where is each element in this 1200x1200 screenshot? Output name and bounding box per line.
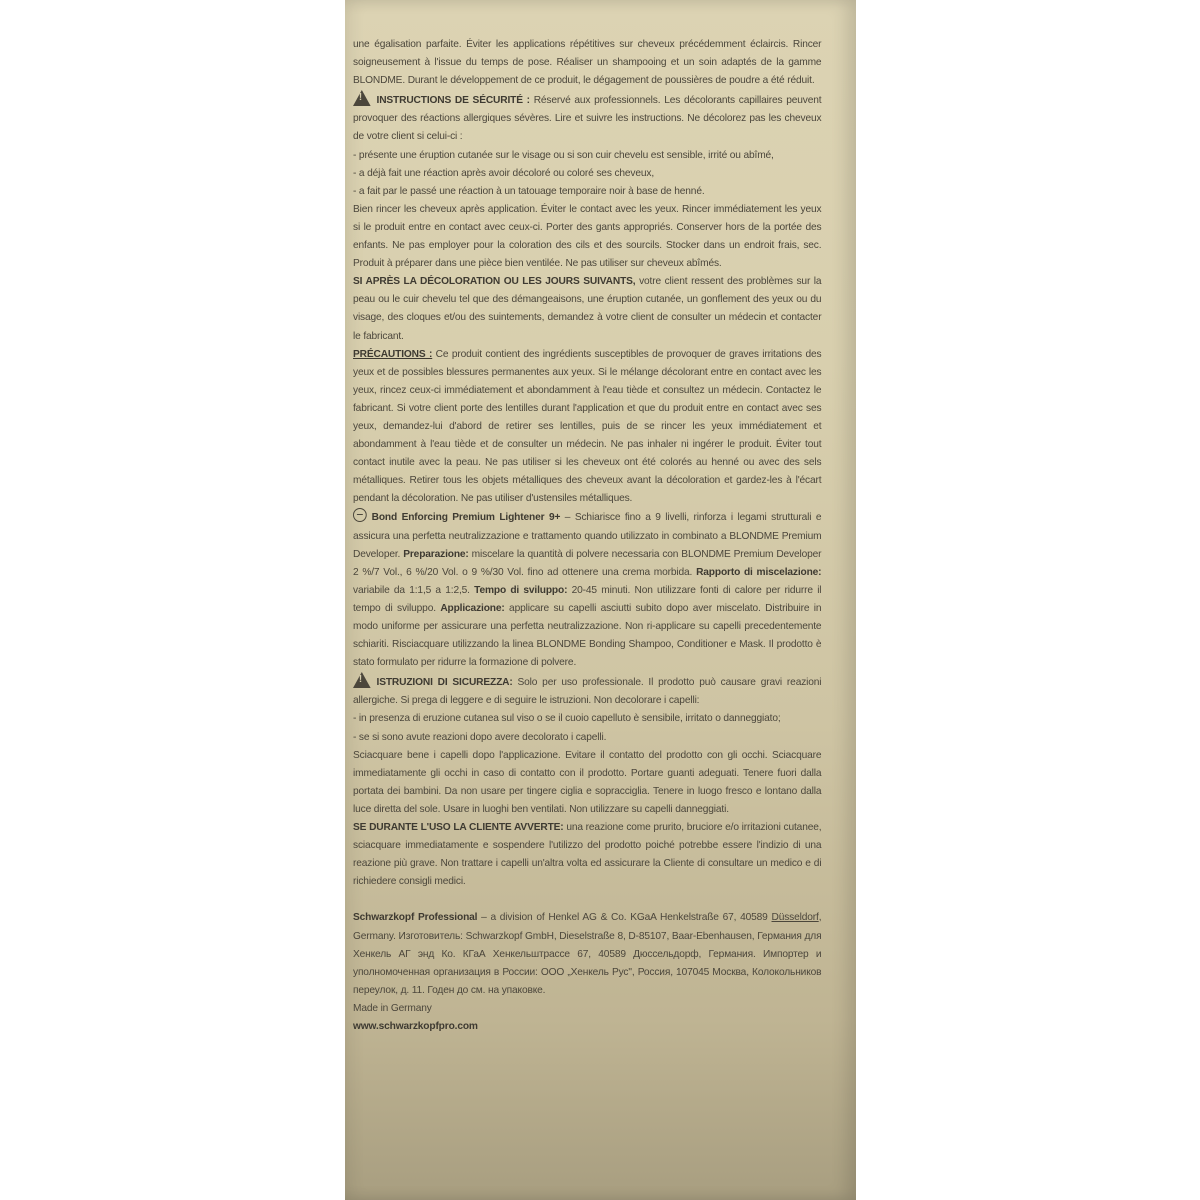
fr-after-heading: SI APRÈS LA DÉCOLORATION OU LES JOURS SU… — [353, 276, 635, 287]
it-safety: ISTRUZIONI DI SICUREZZA: Solo per uso pr… — [353, 672, 821, 710]
fr-rinse: Bien rincer les cheveux après applicatio… — [353, 201, 821, 273]
importer-info: , Germany. Изготовитель: Schwarzkopf Gmb… — [353, 912, 821, 995]
it-bullet: - in presenza di eruzione cutanea sul vi… — [353, 710, 821, 728]
italian-language-icon — [353, 508, 367, 522]
fr-bullet: - a déjà fait une réaction après avoir d… — [353, 165, 821, 183]
it-app-heading: Applicazione: — [440, 603, 504, 614]
it-rinse: Sciacquare bene i capelli dopo l'applica… — [353, 747, 821, 819]
manufacturer-info: Schwarzkopf Professional – a division of… — [353, 909, 821, 999]
fr-precautions-heading: PRÉCAUTIONS : — [353, 349, 432, 360]
warning-triangle-icon — [353, 90, 371, 106]
made-in: Made in Germany — [353, 1000, 821, 1018]
fr-safety-heading: INSTRUCTIONS DE SÉCURITÉ : — [377, 95, 530, 106]
it-prep-heading: Preparazione: — [403, 549, 468, 560]
it-product: Bond Enforcing Premium Lightener 9+ – Sc… — [353, 508, 821, 672]
fr-safety: INSTRUCTIONS DE SÉCURITÉ : Réservé aux p… — [353, 90, 821, 146]
fr-precautions: PRÉCAUTIONS : Ce produit contient des in… — [353, 346, 821, 509]
it-safety-heading: ISTRUZIONI DI SICUREZZA: — [377, 677, 513, 688]
it-product-name: Bond Enforcing Premium Lightener 9+ — [372, 512, 561, 523]
it-bullet: - se si sono avute reazioni dopo avere d… — [353, 729, 821, 747]
warning-triangle-icon — [353, 672, 371, 688]
fr-precautions-text: Ce produit contient des ingrédients susc… — [353, 349, 821, 505]
fr-bullet: - a fait par le passé une réaction à un … — [353, 183, 821, 201]
brand-name: Schwarzkopf Professional — [353, 912, 477, 923]
fr-bullet: - présente une éruption cutanée sur le v… — [353, 147, 821, 165]
spacer — [353, 891, 821, 909]
it-ratio-text: variabile da 1:1,5 a 1:2,5. — [353, 585, 470, 596]
manufacturer-address: – a division of Henkel AG & Co. KGaA Hen… — [481, 912, 768, 923]
it-time-heading: Tempo di sviluppo: — [474, 585, 567, 596]
it-warn-heading: SE DURANTE L'USO LA CLIENTE AVVERTE: — [353, 822, 564, 833]
website: www.schwarzkopfpro.com — [353, 1018, 821, 1036]
it-ratio-heading: Rapporto di miscelazione: — [696, 567, 821, 578]
manufacturer-city: Düsseldorf — [772, 912, 819, 923]
it-warn: SE DURANTE L'USO LA CLIENTE AVVERTE: una… — [353, 819, 821, 891]
label-text-block: une égalisation parfaite. Éviter les app… — [353, 36, 821, 1036]
fr-after: SI APRÈS LA DÉCOLORATION OU LES JOURS SU… — [353, 273, 821, 345]
fr-intro: une égalisation parfaite. Éviter les app… — [353, 36, 821, 90]
product-label-back: une égalisation parfaite. Éviter les app… — [345, 0, 856, 1200]
